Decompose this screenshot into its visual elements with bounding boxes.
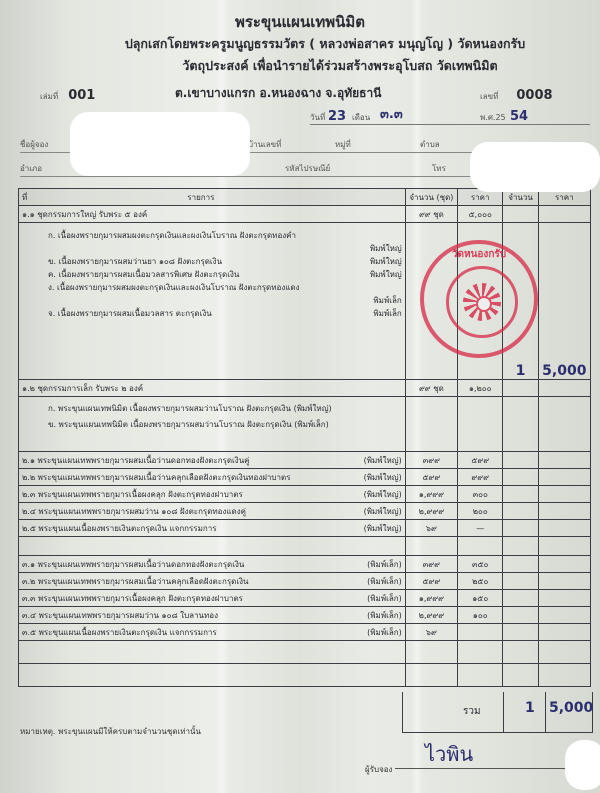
- receipt-title: พระขุนแผนเทพนิมิต: [0, 10, 600, 34]
- list-item: ก. เนื้อผงพรายกุมารผสมผงตะกรุดเงินและผงเ…: [48, 229, 402, 255]
- list-item: ข. พระขุนแผนเทพนิมิต เนื้อผงพรายกุมารผสม…: [22, 417, 402, 433]
- total-label: รวม: [463, 704, 481, 719]
- list-item: ก. พระขุนแผนเทพนิมิต เนื้อผงพรายกุมารผสม…: [22, 401, 402, 417]
- remark: หมายเหตุ. พระขุนแผนมีให้ครบตามจำนวนชุดเท…: [20, 725, 201, 738]
- list-item: ค. เนื้อผงพรายกุมารผสมเนื้อมวลสารพิเศษ ฝ…: [48, 268, 402, 281]
- table-row: ๓.๒ พระขุนแผนเทพพรายกุมารผสมเนื้อว่านคลุ…: [19, 573, 591, 590]
- table-row: ๒.๔ พระขุนแผนเทพพรายกุมารผสมว่าน ๑๐๘ ฝัง…: [19, 503, 591, 520]
- date-line: วันที่ 23 เดือน ๓.๓ พ.ศ.25 54: [310, 110, 590, 125]
- table-row: ๒.๕ พระขุนแผนเนื้อผงพรายเงินตะกรุดเงิน แ…: [19, 520, 591, 537]
- order-price: 5,000: [538, 223, 590, 380]
- date-month: ๓.๓: [380, 103, 403, 124]
- table-row: ๓.๑ พระขุนแผนเทพพรายกุมารผสมเนื้อว่านดอก…: [19, 556, 591, 573]
- receipt-paper: พระขุนแผนเทพนิมิต ปลุกเสกโดยพระครูมนูญธร…: [0, 0, 600, 793]
- table-row: ๒.๒ พระขุนแผนเทพพรายกุมารผสมเนื้อว่านคลุ…: [19, 469, 591, 486]
- temple-stamp: วัดหนองกรับ: [420, 240, 538, 358]
- signature-line: [395, 768, 565, 769]
- redacted-area: [565, 740, 600, 790]
- signature: ไวพิน: [425, 738, 473, 770]
- table-row: ๒.๑ พระขุนแผนเทพพรายกุมารผสมเนื้อว่านดอก…: [19, 452, 591, 469]
- table-row: ๑.๑ ชุดกรรมการใหญ่ รับพระ ๕ องค์ ๙๙ ชุด …: [19, 206, 591, 223]
- redacted-area: [70, 112, 250, 176]
- book-number: เล่มที่001: [40, 84, 95, 103]
- total-price: 5,000: [549, 700, 593, 716]
- purpose-line: วัตถุประสงค์ เพื่อนำรายได้ร่วมสร้างพระอุ…: [80, 56, 600, 76]
- date-day: 23: [328, 109, 346, 124]
- table-row: ๓.๓ พระขุนแผนเทพพรายกุมารเนื้อผงคลุก ฝัง…: [19, 590, 591, 607]
- blessing-line: ปลุกเสกโดยพระครูมนูญธรรมวัตร ( หลวงพ่อสา…: [55, 34, 595, 54]
- list-item: จ. เนื้อผงพรายกุมารผสมเนื้อมวลสาร ตะกรุด…: [48, 307, 402, 320]
- table-row: ๒.๓ พระขุนแผนเทพพรายกุมารเนื้อผงคลุก ฝัง…: [19, 486, 591, 503]
- table-row: ๓.๔ พระขุนแผนเทพพรายกุมารผสมว่าน ๑๐๘ ใบล…: [19, 607, 591, 624]
- table-row: ๑.๒ ชุดกรรมการเล็ก รับพระ ๒ องค์ ๙๙ ชุด …: [19, 380, 591, 397]
- date-year: 54: [510, 109, 528, 124]
- receiver-label: ผู้รับจอง: [365, 763, 392, 776]
- table-row: ๓.๕ พระขุนแผนเนื้อผงพรายเงินตะกรุดเงิน แ…: [19, 624, 591, 641]
- table-row: ก. พระขุนแผนเทพนิมิต เนื้อผงพรายกุมารผสม…: [19, 397, 591, 452]
- list-item: ง. เนื้อผงพรายกุมารผสมผงตะกรุดเงินและผงเ…: [48, 281, 402, 307]
- list-item: ข. เนื้อผงพรายกุมารผสมว่านยา ๑๐๘ ฝังตะกร…: [48, 255, 402, 268]
- total-qty: 1: [525, 700, 535, 716]
- redacted-area: [470, 142, 600, 192]
- temple-address: ต.เขาบางแกรก อ.หนองฉาง จ.อุทัยธานี: [175, 84, 381, 103]
- total-box: รวม 1 5,000: [402, 692, 593, 733]
- receipt-number: เลขที่0008: [480, 84, 553, 103]
